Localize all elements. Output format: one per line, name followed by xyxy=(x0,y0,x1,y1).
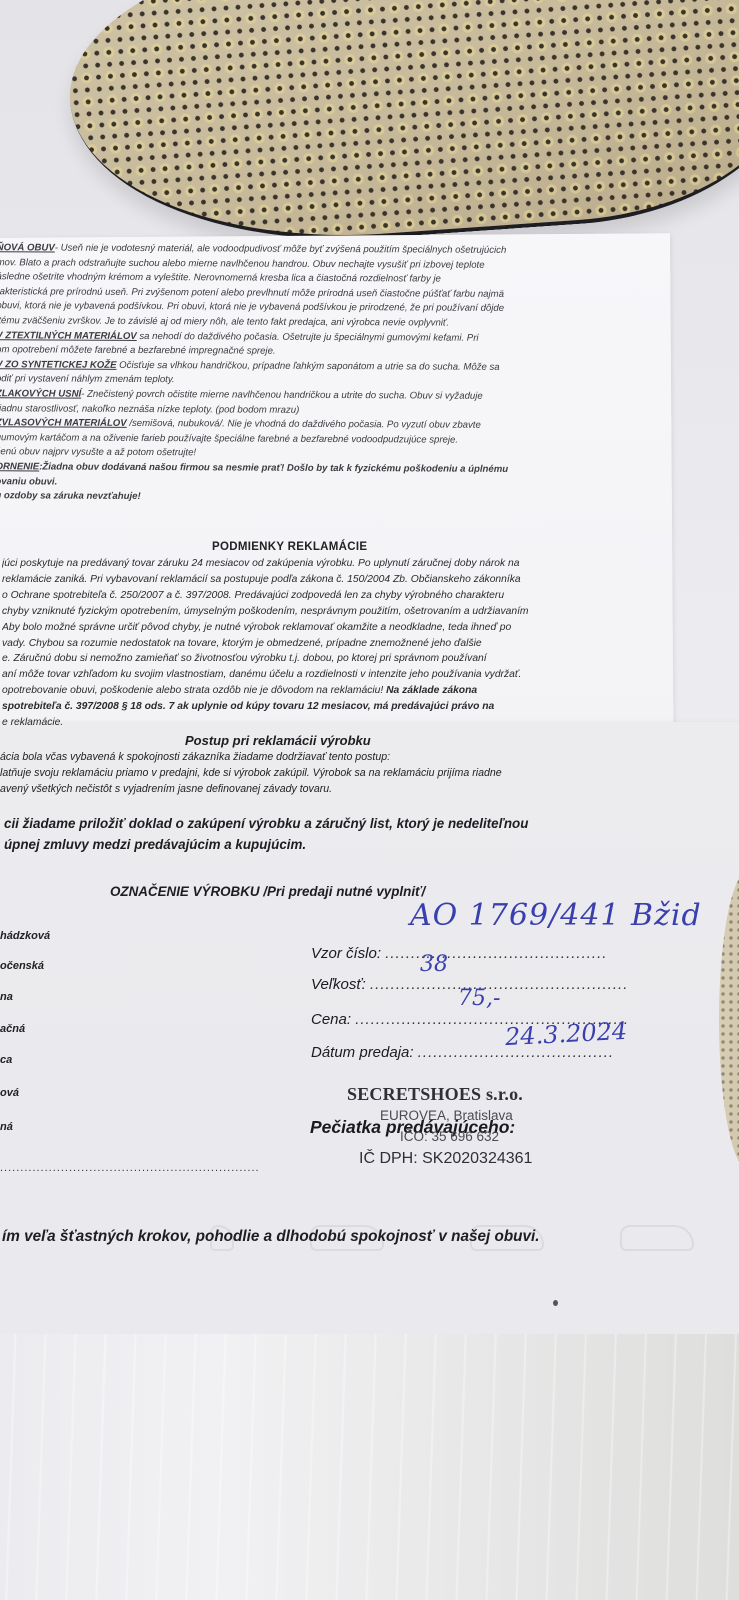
conditions-text-span: júci poskytuje na predávaný tovar záruku… xyxy=(2,558,519,569)
conditions-text-span: chyby vzniknuté fyzickým opotrebením, úm… xyxy=(2,606,529,617)
shoe-type: ca xyxy=(0,1054,12,1066)
conditions-line: aní môže tovar vzhľadom ku svojim vlastn… xyxy=(2,667,672,683)
shoe-type: očenská xyxy=(0,960,44,972)
care-text: riadnu starostlivosť, nakoľko neznáša ní… xyxy=(0,403,299,416)
care-text: - Znečistený povrch očistite mierne navl… xyxy=(81,389,483,402)
handwritten-price: 75,- xyxy=(458,986,500,1011)
shoe-icon xyxy=(620,1225,694,1251)
field-dots: ........................................… xyxy=(385,945,607,962)
conditions-title: PODMIENKY REKLAMÁCIE xyxy=(212,541,367,553)
care-text: Očisťuje sa vlhkou handričkou, prípadne … xyxy=(117,360,500,373)
conditions-line: e reklamácie. xyxy=(2,715,672,731)
care-text: - Useň nie je vodotesný materiál, ale vo… xyxy=(55,243,507,256)
field-label: Dátum predaja: xyxy=(311,1044,414,1061)
conditions-text-span: reklamácie zaniká. Pri vybavovaní reklam… xyxy=(2,574,521,585)
conditions-text: júci poskytuje na predávaný tovar záruku… xyxy=(2,556,672,731)
shoe-type: ná xyxy=(0,1121,13,1133)
conditions-line: spotrebiteľa č. 397/2008 § 18 ods. 7 ak … xyxy=(2,699,672,715)
shoe-type: na xyxy=(0,991,13,1003)
care-text: u ozdoby sa záruka nevzťahuje! xyxy=(0,490,141,502)
conditions-bold-span: Na základe zákona xyxy=(386,685,477,696)
care-text: odiť pri vystavení náhlym zmenám teploty… xyxy=(0,374,175,386)
product-marking-title: OZNAČENIE VÝROBKU /Pri predaji nutné vyp… xyxy=(110,884,425,899)
stamp-ico: IČO: 35 696 632 xyxy=(400,1129,499,1144)
conditions-line: Aby bolo možné správne určiť pôvod chyby… xyxy=(2,620,672,636)
conditions-text-span: Aby bolo možné správne určiť pôvod chyby… xyxy=(2,622,511,633)
receipt-requirement: cii žiadame priložiť doklad o zakúpení v… xyxy=(4,813,724,855)
care-heading: V ZO SYNTETICKEJ KOŽE xyxy=(0,359,117,371)
care-text: čenú obuv najprv vysušte a až potom ošet… xyxy=(0,447,196,459)
care-heading: V ZTEXTILNÝCH MATERIÁLOV xyxy=(0,330,137,342)
stamp-vat-id: IČ DPH: SK2020324361 xyxy=(359,1150,532,1168)
care-text: itému zväčšeniu zvrškov. Je to závislé a… xyxy=(0,315,449,328)
procedure-title: Postup pri reklamácii výrobku xyxy=(185,733,371,748)
care-heading: ZVLASOVÝCH MATERIÁLOV xyxy=(0,417,127,429)
receipt-line: úpnej zmluvy medzi predávajúcim a kupujú… xyxy=(4,834,724,855)
conditions-line: e. Záručnú dobu si nemožno zamieňať so ž… xyxy=(2,651,672,667)
care-heading: ORNENIE xyxy=(0,461,39,472)
care-heading: ŇOVÁ OBUV xyxy=(0,242,55,253)
care-text: rakteristická pre prírodnú useň. Pri zvý… xyxy=(0,286,504,300)
conditions-text-span: e reklamácie. xyxy=(2,717,63,728)
field-model-number[interactable]: Vzor číslo: ............................… xyxy=(311,945,607,962)
care-text: gumovým kartáčom a na oživenie farieb po… xyxy=(0,432,458,445)
care-text: /semišová, nubuková/. Nie je vhodná do d… xyxy=(127,418,481,431)
conditions-text-span: e. Záručnú dobu si nemožno zamieňať so ž… xyxy=(2,653,487,664)
conditions-line: o Ochrane spotrebiteľa č. 250/2007 a č. … xyxy=(2,588,672,604)
document-page: ŇOVÁ OBUV- Useň nie je vodotesný materiá… xyxy=(0,0,739,1600)
handwritten-size: 38 xyxy=(420,952,448,977)
conditions-line: júci poskytuje na predávaný tovar záruku… xyxy=(2,556,672,572)
care-text: om opotrebení môžete farebné a bezfarebn… xyxy=(0,344,276,356)
conditions-line: reklamácie zaniká. Pri vybavovaní reklam… xyxy=(2,572,672,588)
conditions-line: opotrebovanie obuvi, poškodenie alebo st… xyxy=(2,683,672,699)
care-instructions: ŇOVÁ OBUV- Useň nie je vodotesný materiá… xyxy=(0,241,677,507)
procedure-line: latňuje svoju reklamáciu priamo v predaj… xyxy=(0,766,700,782)
conditions-text-span: o Ochrane spotrebiteľa č. 250/2007 a č. … xyxy=(2,590,504,601)
shoe-type: hádzková xyxy=(0,930,50,942)
procedure-line: ácia bola včas vybavená k spokojnosti zá… xyxy=(0,750,700,766)
shoe-type: ová xyxy=(0,1087,19,1099)
conditions-line: vady. Chybou sa rozumie nedostatok na to… xyxy=(2,636,672,652)
care-text: sa nehodí do daždivého počasia. Ošetrujt… xyxy=(137,331,479,344)
closing-message: ím veľa šťastných krokov, pohodlie a dlh… xyxy=(2,1228,540,1246)
shoe-type: ačná xyxy=(0,1023,25,1035)
paper-speck xyxy=(553,1300,558,1306)
conditions-text-span: opotrebovanie obuvi, poškodenie alebo st… xyxy=(2,685,386,696)
procedure-line: avený všetkých nečistôt s vyjadrením jas… xyxy=(0,782,700,798)
care-text: obuvi, ktorá nie je vybavená podšívkou. … xyxy=(0,301,504,315)
handwritten-model-number: AO 1769/441 Bžid xyxy=(410,898,702,933)
procedure-text: ácia bola včas vybavená k spokojnosti zá… xyxy=(0,750,700,797)
stamp-company: SECRETSHOES s.r.o. xyxy=(347,1084,523,1105)
conditions-line: chyby vzniknuté fyzickým opotrebením, úm… xyxy=(2,604,672,620)
field-label: Cena: xyxy=(311,1011,351,1028)
conditions-text-span: aní môže tovar vzhľadom ku svojim vlastn… xyxy=(2,669,521,680)
conditions-bold-span: spotrebiteľa č. 397/2008 § 18 ods. 7 ak … xyxy=(2,701,494,712)
signature-line: ........................................… xyxy=(0,1162,260,1174)
field-label: Veľkosť: xyxy=(311,976,366,993)
care-text: mov. Blato a prach odstraňujte suchou al… xyxy=(0,257,485,271)
care-text: ásledne ošetrite vhodným krémom a vylešt… xyxy=(0,271,441,284)
care-text: :Žiadna obuv dodávaná našou firmou sa ne… xyxy=(39,461,508,474)
receipt-line: cii žiadame priložiť doklad o zakúpení v… xyxy=(4,813,724,834)
conditions-text-span: vady. Chybou sa rozumie nedostatok na to… xyxy=(2,638,482,649)
care-line: u ozdoby sa záruka nevzťahuje! xyxy=(0,489,675,507)
care-heading: ZLAKOVÝCH USNÍ xyxy=(0,388,81,399)
field-label: Vzor číslo: xyxy=(311,945,381,962)
care-text: ovaniu obuvi. xyxy=(0,476,57,487)
